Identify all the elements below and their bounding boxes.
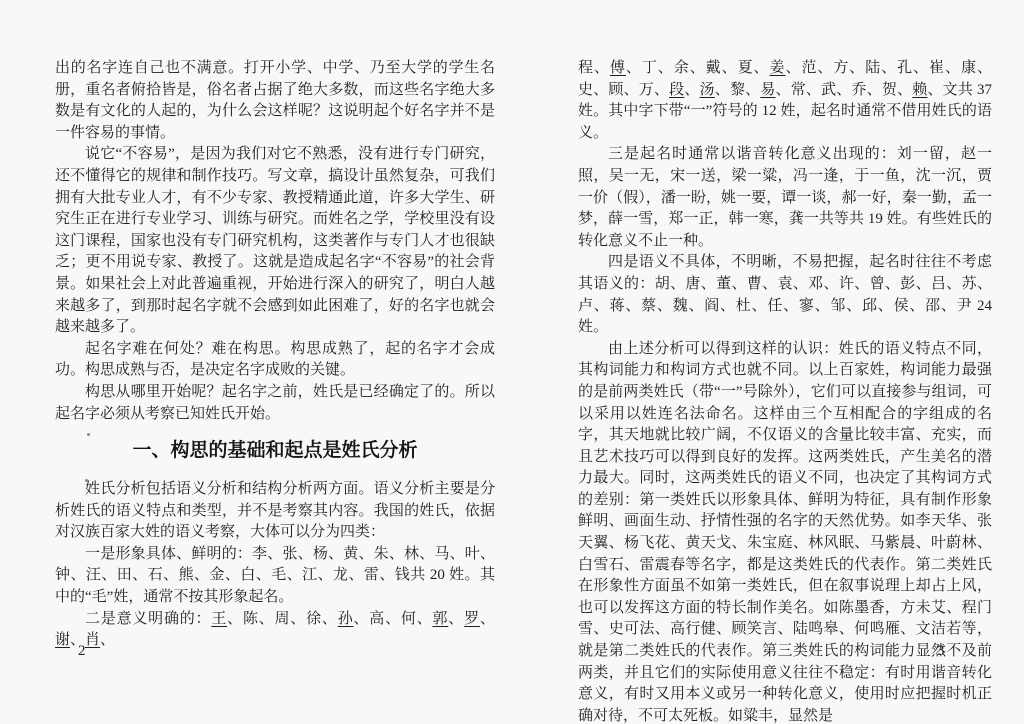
left-page-text-top: 出的名字连自己也不满意。打开小学、中学、乃至大学的学生名册，重名者俯拾皆是，俗名… — [55, 58, 495, 425]
text-segment: 、陈、周、徐、 — [227, 611, 338, 627]
text-segment: 、 — [480, 611, 495, 627]
underlined-surname: 傅 — [610, 60, 626, 76]
underlined-surname: 段 — [669, 82, 684, 98]
text-segment: 说它“不容易”，是因为我们对它不熟悉，没有进行专门研究，还不懂得它的规律和制作技… — [55, 146, 495, 335]
text-segment: 起名字难在何处？难在构思。构思成熟了，起的名字才会成功。构思成熟与否，是决定名字… — [55, 341, 495, 379]
paragraph: 四是语义不具体，不明晰，不易把握，起名时往往不考虑其语义的：胡、唐、董、曹、袁、… — [578, 252, 992, 338]
left-page-number: 2 — [78, 643, 86, 660]
text-segment: 、 — [684, 82, 699, 98]
text-segment: 姓氏分析包括语义分析和结构分析两方面。语义分析主要是分析姓氏的语义特点和类型，并… — [55, 481, 495, 540]
left-page: 出的名字连自己也不满意。打开小学、中学、乃至大学的学生名册，重名者俯拾皆是，俗名… — [55, 58, 495, 652]
underlined-surname: 肖 — [85, 632, 100, 648]
scan-speck — [87, 433, 90, 436]
text-segment: 三是起名时通常以谐音转化意义出现的：刘一留，赵一照，吴一无，宋一送，梁一粱，冯一… — [578, 146, 992, 248]
paragraph: 程、傅、丁、余、戴、夏、姜、范、方、陆、孔、崔、康、史、顾、万、段、汤、黎、易、… — [578, 58, 992, 144]
text-segment: 程、 — [578, 60, 610, 76]
text-segment: 、高、何、 — [354, 611, 433, 627]
underlined-surname: 赖 — [912, 82, 927, 98]
right-page: 程、傅、丁、余、戴、夏、姜、范、方、陆、孔、崔、康、史、顾、万、段、汤、黎、易、… — [578, 58, 992, 724]
section-heading: 一、构思的基础和起点是姓氏分析 — [55, 439, 495, 463]
text-segment: 构思从哪里开始呢？起名字之前，姓氏是已经确定了的。所以起名字必须从考察已知姓氏开… — [55, 384, 495, 422]
paragraph: 由上述分析可以得到这样的认识：姓氏的语义特点不同，其构词能力和构词方式也就不同。… — [578, 339, 992, 724]
text-segment: 、 — [448, 611, 464, 627]
left-page-text-bottom: 姓氏分析包括语义分析和结构分析两方面。语义分析主要是分析姓氏的语义特点和类型，并… — [55, 479, 495, 652]
text-segment: 四是语义不具体，不明晰，不易把握，起名时往往不考虑其语义的：胡、唐、董、曹、袁、… — [578, 254, 992, 335]
underlined-surname: 罗 — [464, 611, 480, 627]
text-segment: 由上述分析可以得到这样的认识：姓氏的语义特点不同，其构词能力和构词方式也就不同。… — [578, 341, 992, 724]
underlined-surname: 孙 — [338, 611, 354, 627]
right-page-text: 程、傅、丁、余、戴、夏、姜、范、方、陆、孔、崔、康、史、顾、万、段、汤、黎、易、… — [578, 58, 992, 724]
text-segment: 、 — [100, 632, 115, 648]
paragraph: 二是意义明确的：王、陈、周、徐、孙、高、何、郭、罗、谢、肖、 — [55, 609, 495, 652]
paragraph: 出的名字连自己也不满意。打开小学、中学、乃至大学的学生名册，重名者俯拾皆是，俗名… — [55, 58, 495, 144]
scan-speck — [85, 479, 88, 482]
underlined-surname: 姜 — [770, 60, 786, 76]
underlined-surname: 谢 — [55, 632, 70, 648]
text-segment: 一是形象具体、鲜明的：李、张、杨、黄、朱、林、马、叶、钟、汪、田、石、熊、金、白… — [55, 546, 495, 605]
underlined-surname: 汤 — [700, 82, 715, 98]
paragraph: 一是形象具体、鲜明的：李、张、杨、黄、朱、林、马、叶、钟、汪、田、石、熊、金、白… — [55, 544, 495, 609]
underlined-surname: 易 — [760, 82, 775, 98]
right-page-number: 3 — [937, 643, 945, 660]
text-segment: 、黎、 — [715, 82, 761, 98]
text-segment: 出的名字连自己也不满意。打开小学、中学、乃至大学的学生名册，重名者俯拾皆是，俗名… — [55, 60, 495, 141]
paragraph: 三是起名时通常以谐音转化意义出现的：刘一留，赵一照，吴一无，宋一送，梁一粱，冯一… — [578, 144, 992, 252]
paragraph: 说它“不容易”，是因为我们对它不熟悉，没有进行专门研究，还不懂得它的规律和制作技… — [55, 144, 495, 338]
paragraph: 起名字难在何处？难在构思。构思成熟了，起的名字才会成功。构思成熟与否，是决定名字… — [55, 339, 495, 382]
book-spread: 出的名字连自己也不满意。打开小学、中学、乃至大学的学生名册，重名者俯拾皆是，俗名… — [0, 0, 1024, 724]
text-segment: 、丁、余、戴、夏、 — [626, 60, 770, 76]
text-segment: 、常、武、乔、贺、 — [776, 82, 913, 98]
text-segment: 二是意义明确的： — [85, 611, 211, 627]
underlined-surname: 郭 — [433, 611, 449, 627]
paragraph: 构思从哪里开始呢？起名字之前，姓氏是已经确定了的。所以起名字必须从考察已知姓氏开… — [55, 382, 495, 425]
underlined-surname: 王 — [211, 611, 227, 627]
paragraph: 姓氏分析包括语义分析和结构分析两方面。语义分析主要是分析姓氏的语义特点和类型，并… — [55, 479, 495, 544]
